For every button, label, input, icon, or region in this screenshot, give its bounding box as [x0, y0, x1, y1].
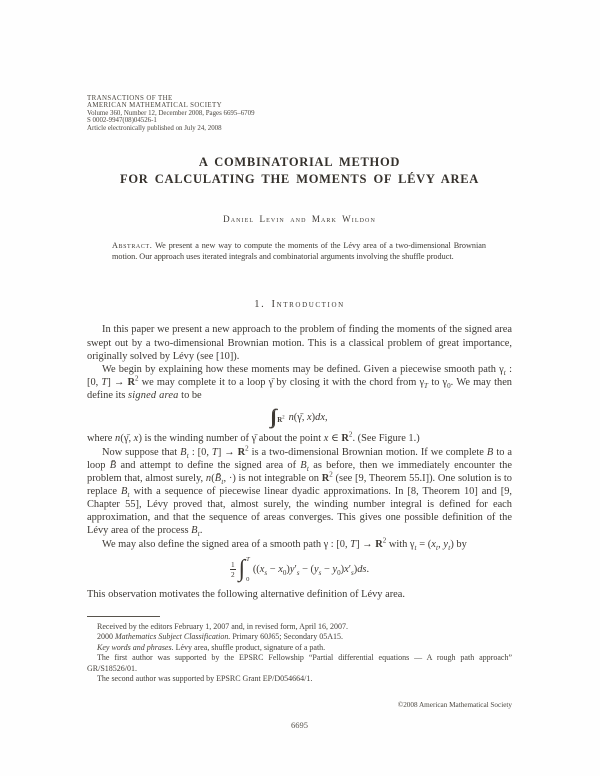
- paragraph-6: This observation motivates the following…: [87, 588, 512, 601]
- winding-integrand: n(γ̄, x)dx,: [289, 412, 328, 423]
- fraction-denominator: 2: [230, 569, 236, 579]
- paragraph-2: We begin by explaining how these moments…: [87, 363, 512, 402]
- introduction-body: In this paper we present a new approach …: [87, 323, 512, 601]
- article-title-line-1: A COMBINATORIAL METHOD: [87, 154, 512, 171]
- section-heading: 1. Introduction: [87, 299, 512, 310]
- paragraph-1: In this paper we present a new approach …: [87, 323, 512, 362]
- paragraph-4: Now suppose that Bt : [0, T] → R2 is a t…: [87, 446, 512, 538]
- journal-id-line: S 0002-9947(08)04526-1: [87, 117, 512, 124]
- footnote-keywords: Key words and phrases. Lévy area, shuffl…: [87, 643, 512, 653]
- fraction-numerator: 1: [231, 560, 235, 569]
- footnote-rule: [87, 616, 160, 617]
- footnote-received: Received by the editors February 1, 2007…: [87, 622, 512, 632]
- journal-volume-line: Volume 360, Number 12, December 2008, Pa…: [87, 110, 512, 117]
- journal-page: TRANSACTIONS OF THE AMERICAN MATHEMATICA…: [0, 0, 600, 776]
- footnote-support-1: The first author was supported by the EP…: [87, 653, 512, 674]
- copyright-notice: ©2008 American Mathematical Society: [87, 701, 512, 709]
- authors: Daniel Levin and Mark Wildon: [87, 214, 512, 224]
- journal-name-line-1: TRANSACTIONS OF THE: [87, 95, 512, 102]
- integral-sign: ∫: [239, 557, 246, 581]
- integral-lower-limit: 0: [246, 576, 249, 583]
- footnote-support-2: The second author was supported by EPSRC…: [87, 674, 512, 684]
- formula-signed-area: 1 2 ∫ T 0 ((xs − x0)y′s − (ys − y0)x′s)d…: [87, 556, 512, 583]
- footnotes: Received by the editors February 1, 2007…: [87, 616, 512, 684]
- integral-limits: T 0: [246, 556, 250, 583]
- formula-winding-area: ∫∫R2 n(γ̄, x)dx,: [87, 407, 512, 427]
- article-title-line-2: FOR CALCULATING THE MOMENTS OF LÉVY AREA: [87, 171, 512, 188]
- page-number: 6695: [87, 720, 512, 730]
- abstract-text: We present a new way to compute the mome…: [112, 241, 486, 261]
- abstract-label: Abstract.: [112, 241, 152, 250]
- paragraph-3: where n(γ̄, x) is the winding number of …: [87, 432, 512, 445]
- journal-name-line-2: AMERICAN MATHEMATICAL SOCIETY: [87, 102, 512, 109]
- one-half-fraction: 1 2: [230, 560, 236, 579]
- abstract: Abstract. We present a new way to comput…: [112, 241, 486, 262]
- journal-header: TRANSACTIONS OF THE AMERICAN MATHEMATICA…: [87, 95, 512, 132]
- paragraph-5: We may also define the signed area of a …: [87, 538, 512, 551]
- journal-published-line: Article electronically published on July…: [87, 125, 512, 132]
- article-title: A COMBINATORIAL METHOD FOR CALCULATING T…: [87, 154, 512, 187]
- integral-upper-limit: T: [246, 556, 250, 563]
- integral-domain: R2: [277, 417, 284, 424]
- signed-area-integrand: ((xs − x0)y′s − (ys − y0)x′s)ds.: [253, 564, 369, 575]
- footnote-msc: 2000 Mathematics Subject Classification.…: [87, 632, 512, 642]
